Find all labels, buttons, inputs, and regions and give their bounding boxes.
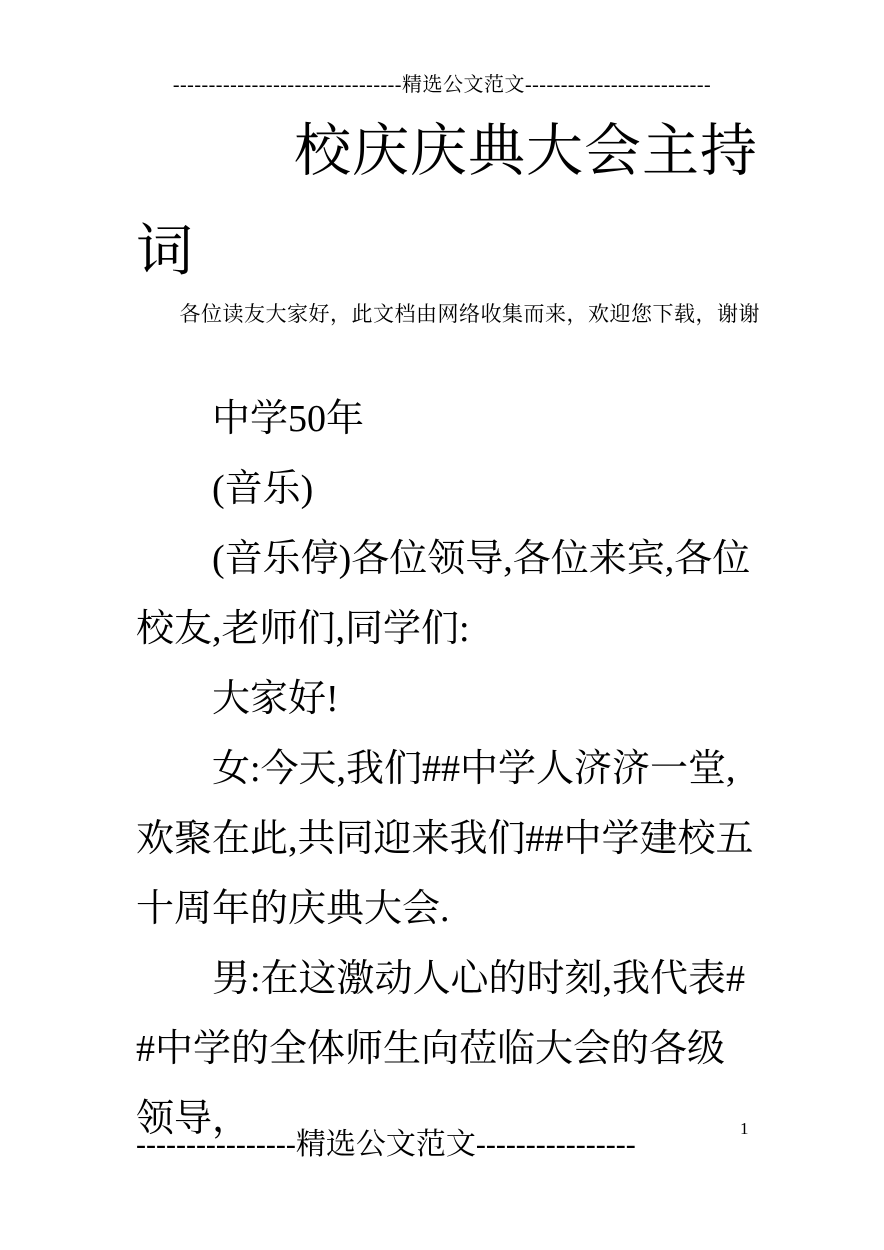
header-dashes-left: -------------------------------- <box>173 74 402 96</box>
page-number: 1 <box>740 1118 749 1140</box>
header-label: 精选公文范文 <box>402 74 525 96</box>
footer-dashes-right: ---------------- <box>476 1128 636 1161</box>
paragraph: 中学50年 <box>136 384 758 454</box>
page-footer-rule: ----------------精选公文范文---------------- <box>136 1122 776 1168</box>
subtitle-note: 各位读友大家好，此文档由网络收集而来，欢迎您下载，谢谢 <box>136 298 760 330</box>
footer-dashes-left: ---------------- <box>136 1128 296 1161</box>
paragraph: 大家好! <box>136 664 758 734</box>
document-body: 中学50年 (音乐) (音乐停)各位领导,各位来宾,各位校友,老师们,同学们: … <box>136 384 758 1084</box>
header-dashes-right: -------------------------- <box>525 74 711 96</box>
paragraph: 女:今天,我们##中学人济济一堂,欢聚在此,共同迎来我们##中学建校五十周年的庆… <box>136 734 758 944</box>
footer-label: 精选公文范文 <box>296 1128 476 1161</box>
paragraph: (音乐停)各位领导,各位来宾,各位校友,老师们,同学们: <box>136 524 758 664</box>
paragraph: (音乐) <box>136 454 758 524</box>
document-title: 校庆庆典大会主持词 <box>136 102 784 302</box>
document-page: --------------------------------精选公文范文--… <box>0 0 884 1250</box>
page-header-rule: --------------------------------精选公文范文--… <box>0 70 884 100</box>
